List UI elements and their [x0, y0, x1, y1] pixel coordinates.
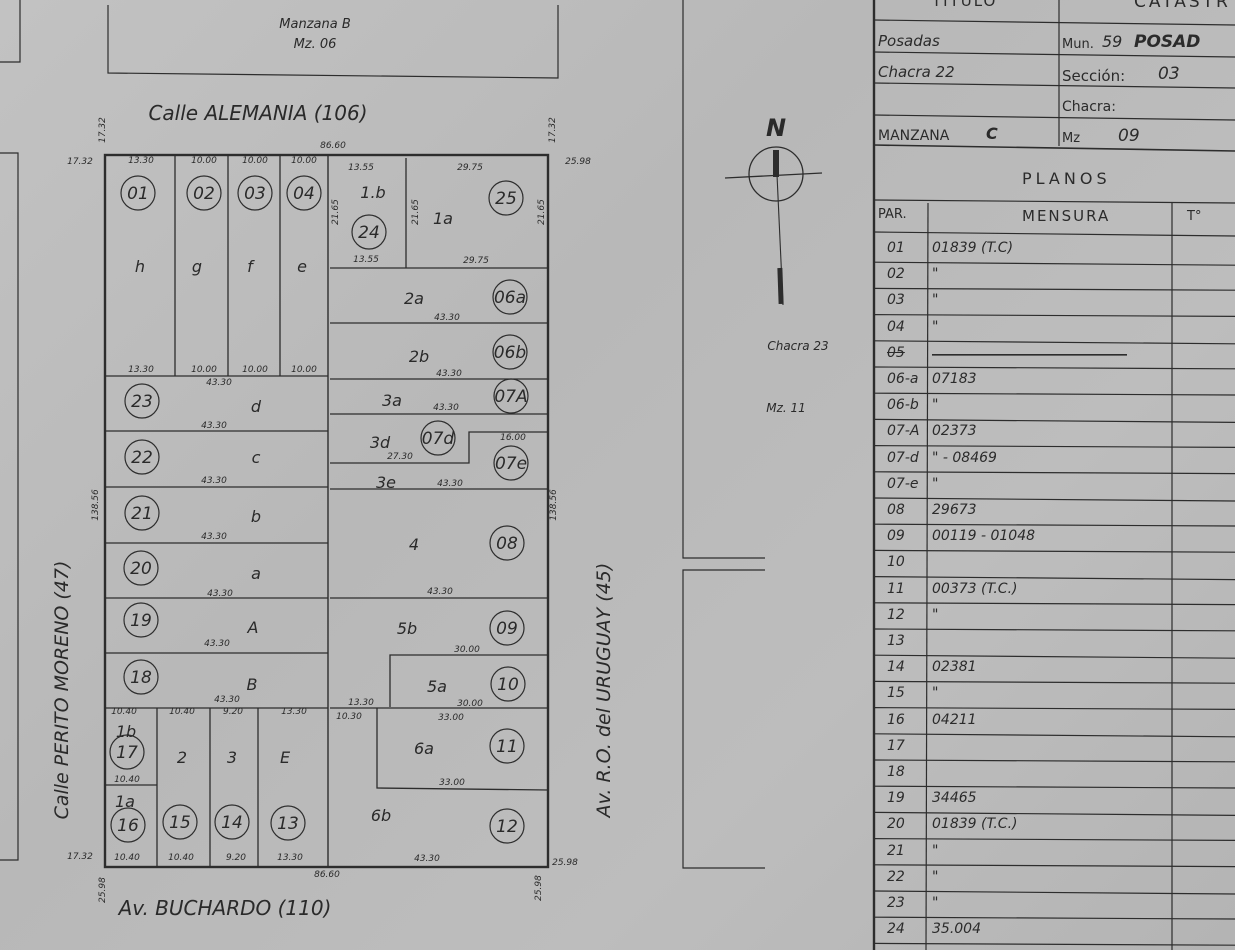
- map-label: 138.56: [549, 489, 559, 521]
- lot-letter: B: [247, 675, 258, 694]
- mz-label: Mz: [1062, 131, 1080, 146]
- parcel-number: 15: [169, 813, 191, 833]
- parcel-number: 25: [495, 189, 517, 209]
- planos-par: 06-a: [887, 371, 918, 387]
- lot-letter: 3d: [370, 433, 391, 452]
- parcel-number: 12: [496, 817, 518, 837]
- parcel-number: 09: [496, 619, 518, 639]
- parcel-number: 07e: [495, 454, 527, 474]
- planos-mensura: ": [932, 607, 938, 623]
- parcel-number: 14: [221, 813, 243, 833]
- manzana-label: MANZANA: [878, 128, 949, 144]
- planos-par: 11: [887, 581, 905, 597]
- map-label: 29.75: [463, 256, 489, 266]
- lot-letter: E: [280, 748, 291, 767]
- planos-par: 12: [887, 607, 905, 623]
- planos-par: 05: [887, 345, 905, 361]
- planos-mensura: 02381: [932, 659, 977, 675]
- planos-par: 06-b: [887, 397, 919, 413]
- parcel-number: 11: [496, 737, 518, 757]
- planos-mensura: 35.004: [932, 921, 981, 937]
- north-arrow-label: N: [766, 114, 786, 142]
- mz-value: 09: [1118, 126, 1140, 146]
- lot-letter: 5a: [427, 677, 447, 696]
- lot-letter: 4: [409, 535, 419, 554]
- parcel-number: 13: [277, 814, 299, 834]
- planos-par: 21: [887, 843, 905, 859]
- planos-par: 13: [887, 633, 905, 649]
- planos-par: 19: [887, 790, 905, 806]
- map-label: 43.30: [206, 378, 232, 388]
- lot-letter: h: [135, 257, 145, 276]
- planos-par: 18: [887, 764, 905, 780]
- planos-par: 07-d: [887, 450, 919, 466]
- map-label: 10.40: [111, 707, 137, 717]
- dimension-label: 13.30: [128, 156, 154, 166]
- map-label: 10.40: [114, 775, 140, 785]
- map-label: 10.00: [291, 365, 317, 375]
- lot-letter: 5b: [397, 619, 417, 638]
- parcel-number: 17: [116, 743, 138, 763]
- parcel-number: 06b: [494, 343, 526, 363]
- map-label: 21.65: [411, 199, 421, 225]
- lot-letter: 1.b: [360, 183, 385, 202]
- seccion-label: Sección:: [1062, 67, 1125, 85]
- dimension-label: 29.75: [457, 163, 483, 173]
- lot-letter: A: [247, 618, 259, 637]
- map-label: 43.30: [201, 421, 227, 431]
- planos-mensura: ": [932, 685, 938, 701]
- street-north: Calle ALEMANIA (106): [148, 101, 367, 125]
- lot-letter: 6a: [414, 739, 434, 758]
- map-label: 25.98: [98, 877, 108, 903]
- lot-letter: d: [251, 397, 262, 416]
- map-label: 9.20: [223, 707, 243, 717]
- map-label: 17.32: [98, 117, 108, 143]
- map-label: 43.30: [207, 589, 233, 599]
- parcel-number: 18: [130, 668, 152, 688]
- planos-par: 07-e: [887, 476, 918, 492]
- lot-letter: 2a: [404, 289, 424, 308]
- planos-mensura: 29673: [932, 502, 977, 518]
- planos-par: 15: [887, 685, 905, 701]
- planos-par: 02: [887, 266, 905, 282]
- map-label: 10.30: [336, 712, 362, 722]
- planos-mensura: 00119 - 01048: [932, 528, 1035, 544]
- map-label: 10.00: [191, 365, 217, 375]
- neighbor-block-mz: Mz. 06: [294, 37, 337, 52]
- parcel-number: 01: [127, 184, 149, 204]
- map-label: 138.56: [91, 489, 101, 521]
- parcel-number: 19: [130, 611, 152, 631]
- street-east: Av. R.O. del URUGUAY (45): [593, 563, 615, 820]
- planos-par: 03: [887, 292, 905, 308]
- dimension-label: 10.00: [242, 156, 268, 166]
- lot-letter: e: [297, 257, 307, 276]
- parcel-number: 22: [131, 448, 153, 468]
- map-label: 17.32: [67, 852, 93, 862]
- map-label: 25.98: [552, 858, 578, 868]
- map-label: 43.30: [436, 369, 462, 379]
- map-label: 43.30: [201, 532, 227, 542]
- map-label: 13.55: [353, 255, 379, 265]
- header-catastro: CATASTR: [1134, 0, 1231, 12]
- map-label: 13.30: [277, 853, 303, 863]
- lot-letter: c: [252, 448, 261, 467]
- seccion-value: 03: [1158, 64, 1180, 84]
- dimension-label: 10.00: [191, 156, 217, 166]
- map-label: 13.30: [348, 698, 374, 708]
- manzana-value: C: [986, 124, 998, 143]
- map-label: 21.65: [331, 199, 341, 225]
- map-label: 43.30: [434, 313, 460, 323]
- lot-letter: f: [247, 257, 255, 276]
- title-block: TITULOCATASTRPosadasChacra 22MANZANACMun…: [872, 0, 1235, 950]
- mun-name: POSAD: [1134, 32, 1200, 52]
- planos-mensura: 00373 (T.C.): [932, 581, 1017, 597]
- parcel-number: 10: [497, 675, 519, 695]
- map-label: 10.40: [114, 853, 140, 863]
- parcel-number: 21: [131, 504, 153, 524]
- planos-mensura: 04211: [932, 712, 977, 728]
- lot-letter: 2b: [409, 347, 429, 366]
- map-label: 86.60: [320, 141, 346, 151]
- planos-par: 20: [887, 816, 905, 832]
- col-par: PAR.: [878, 207, 907, 222]
- map-label: 30.00: [454, 645, 480, 655]
- lot-letter: 3: [227, 748, 237, 767]
- planos-mensura: ": [932, 869, 938, 885]
- parcel-number: 07A: [494, 387, 527, 407]
- planos-title: PLANOS: [1022, 169, 1111, 188]
- chacra-label: Chacra:: [1062, 99, 1116, 115]
- planos-mensura: 01839 (T.C.): [932, 816, 1017, 832]
- map-label: 21.65: [537, 199, 547, 225]
- map-label: 43.30: [214, 695, 240, 705]
- map-label: 10.40: [168, 853, 194, 863]
- lot-letter: b: [251, 507, 261, 526]
- planos-par: 04: [887, 319, 905, 335]
- planos-par: 16: [887, 712, 905, 728]
- map-label: 10.40: [169, 707, 195, 717]
- map-label: 17.32: [67, 157, 93, 167]
- planos-mensura: 01839 (T.C): [932, 240, 1013, 256]
- planos-mensura: " - 08469: [932, 450, 997, 466]
- planos-par: 14: [887, 659, 905, 675]
- planos-mensura: 34465: [932, 790, 977, 806]
- map-label: 43.30: [433, 403, 459, 413]
- lot-letter: 3e: [376, 473, 396, 492]
- col-mensura: MENSURA: [1022, 207, 1110, 225]
- planos-mensura: ": [932, 266, 938, 282]
- lot-letter: 1b: [116, 722, 136, 741]
- planos-par: 01: [887, 240, 905, 256]
- cadastral-sheet: Manzana BMz. 06Chacra 23Mz. 11Calle ALEM…: [0, 0, 1235, 950]
- locality-value: Posadas: [878, 32, 940, 50]
- planos-par: 09: [887, 528, 905, 544]
- planos-par: 17: [887, 738, 905, 754]
- lot-letter: g: [192, 257, 202, 276]
- map-label: 43.30: [204, 639, 230, 649]
- planos-mensura: ": [932, 397, 938, 413]
- lot-letter: 1a: [115, 792, 135, 811]
- parcel-number: 04: [293, 184, 315, 204]
- planos-par: 07-A: [887, 423, 919, 439]
- street-south: Av. BUCHARDO (110): [117, 896, 332, 920]
- map-label: 30.00: [457, 699, 483, 709]
- dimension-label: 13.55: [348, 163, 374, 173]
- planos-mensura: 07183: [932, 371, 977, 387]
- planos-mensura: ": [932, 292, 938, 308]
- chacra-value: Chacra 22: [878, 63, 955, 81]
- street-west: Calle PERITO MORENO (47): [51, 561, 73, 820]
- map-label: 43.30: [201, 476, 227, 486]
- map-label: 17.32: [548, 117, 558, 143]
- lot-letter: 6b: [371, 806, 391, 825]
- col-t: T°: [1187, 209, 1201, 224]
- map-label: 25.98: [534, 875, 544, 901]
- parcel-number: 03: [244, 184, 266, 204]
- map-label: 43.30: [414, 854, 440, 864]
- dimension-label: 10.00: [291, 156, 317, 166]
- planos-par: 08: [887, 502, 905, 518]
- map-label: 9.20: [226, 853, 246, 863]
- planos-par: 22: [887, 869, 905, 885]
- neighbor-block-name: Manzana B: [279, 17, 351, 32]
- parcel-number: 02: [193, 184, 215, 204]
- mun-value: 59: [1102, 32, 1122, 51]
- header-titulo: TITULO: [932, 0, 997, 10]
- map-label: 86.60: [314, 870, 340, 880]
- neighbor-mz: Mz. 11: [766, 401, 806, 415]
- lot-letter: a: [251, 564, 261, 583]
- planos-mensura: ": [932, 895, 938, 911]
- map-label: 43.30: [437, 479, 463, 489]
- neighbor-chacra: Chacra 23: [767, 339, 828, 353]
- parcel-number: 23: [131, 392, 153, 412]
- parcel-number: 20: [130, 559, 152, 579]
- planos-mensura: ": [932, 843, 938, 859]
- planos-mensura: ": [932, 319, 938, 335]
- mun-label: Mun.: [1062, 37, 1094, 52]
- planos-par: 23: [887, 895, 905, 911]
- planos-mensura: ": [932, 476, 938, 492]
- map-label: 27.30: [387, 452, 413, 462]
- planos-par: 10: [887, 554, 905, 570]
- planos-par: 24: [887, 921, 905, 937]
- planos-mensura: 02373: [932, 423, 977, 439]
- parcel-number: 08: [496, 534, 518, 554]
- map-label: 43.30: [427, 587, 453, 597]
- parcel-number: 16: [117, 816, 139, 836]
- map-label: 10.00: [242, 365, 268, 375]
- lot-letter: 1a: [433, 209, 453, 228]
- map-label: 13.30: [281, 707, 307, 717]
- parcel-number: 07d: [422, 429, 455, 449]
- map-label: 13.30: [128, 365, 154, 375]
- parcel-number: 06a: [494, 288, 526, 308]
- map-label: 33.00: [438, 713, 464, 723]
- lot-letter: 2: [177, 748, 187, 767]
- parcel-number: 24: [358, 223, 380, 243]
- map-label: 33.00: [439, 778, 465, 788]
- map-label: 16.00: [500, 433, 526, 443]
- map-label: 25.98: [565, 157, 591, 167]
- lot-letter: 3a: [382, 391, 402, 410]
